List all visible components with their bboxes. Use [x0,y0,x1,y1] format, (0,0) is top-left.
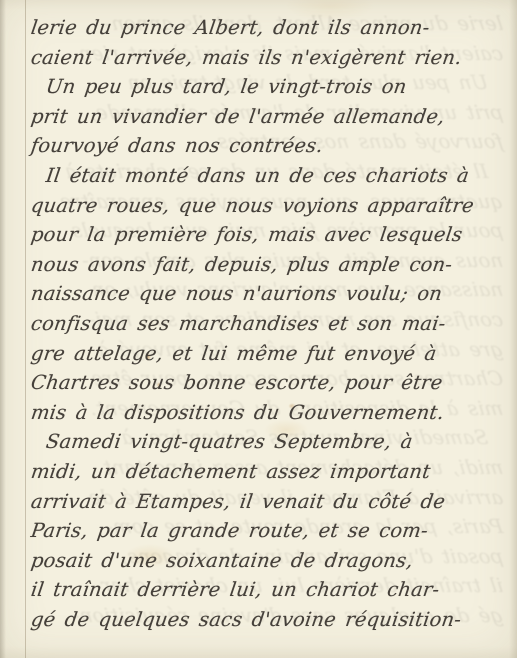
text-line: arrivait à Etampes, il venait du côté de [29,487,516,517]
text-line: Il était monté dans un de ces chariots à [29,161,516,191]
manuscript-text: lerie du prince Albert, dont ils annon-c… [29,13,512,634]
text-line: gre attelage, et lui même fut envoyé à [29,339,516,369]
text-line: quatre roues, que nous voyions apparaîtr… [29,191,516,221]
text-line: il traînait derrière lui, un chariot cha… [29,575,516,605]
text-line: nous avons fait, depuis, plus ample con- [29,250,516,280]
manuscript-page: lerie du prince Albert, dont ils annon-c… [0,0,517,658]
text-line: naissance que nous n'aurions voulu; on [29,279,516,309]
text-line: lerie du prince Albert, dont ils annon- [29,13,516,43]
text-line: prit un vivandier de l'armée allemande, [29,102,516,132]
text-line: Chartres sous bonne escorte, pour être [29,368,516,398]
text-line: midi, un détachement assez important [29,457,516,487]
text-line: mis à la dispositions du Gouvernement. [29,398,516,428]
text-line: Samedi vingt-quatres Septembre, à [29,427,516,457]
text-line: posait d'une soixantaine de dragons, [29,546,516,576]
text-line: confisqua ses marchandises et son mai- [29,309,516,339]
text-line: fourvoyé dans nos contrées. [29,131,516,161]
text-line: pour la première fois, mais avec lesquel… [29,220,516,250]
text-line: gé de quelques sacs d'avoine réquisition… [29,605,516,635]
text-line: caient l'arrivée, mais ils n'exigèrent r… [29,43,516,73]
text-line: Paris, par la grande route, et se com- [29,516,516,546]
text-line: Un peu plus tard, le vingt-trois on [29,72,516,102]
